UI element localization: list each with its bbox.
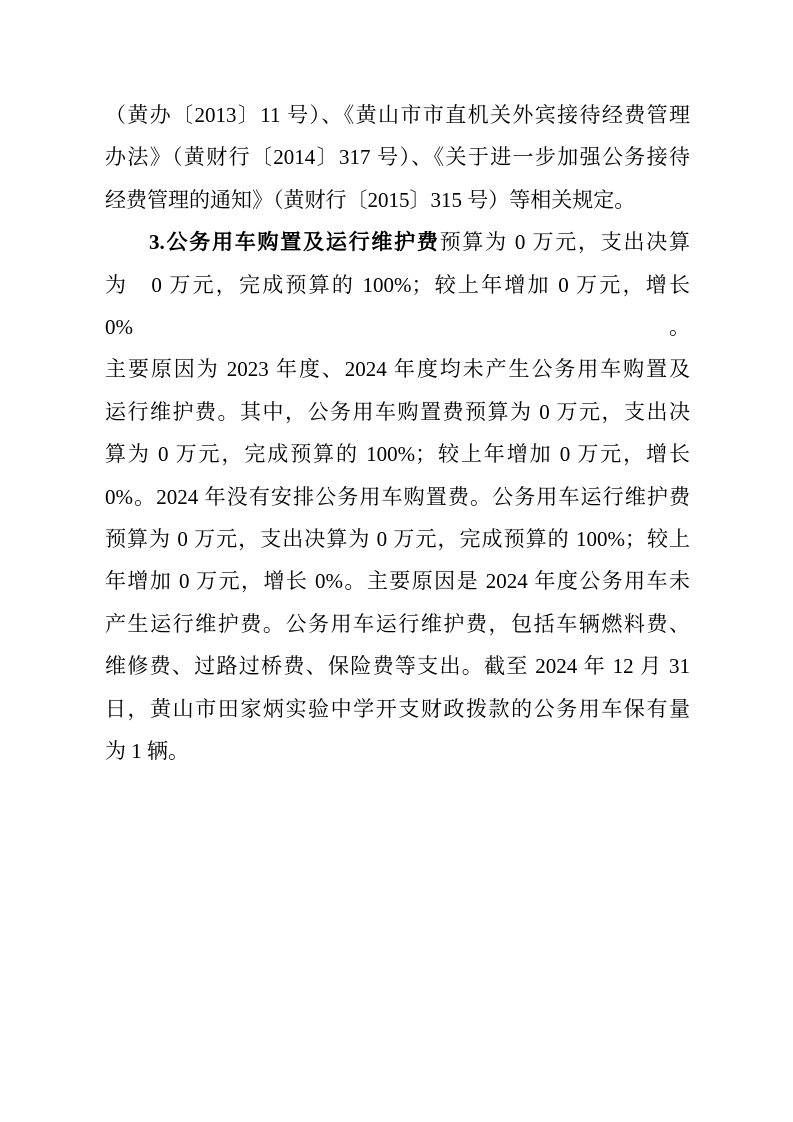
paragraph-2-line-3: 主要原因为 2023 年度、2024 年度均未产生公务用车购置及 (105, 348, 690, 390)
paragraph-1-line-2: 办法》（黄财行〔2014〕317 号）、《关于进一步加强公务接待 (105, 136, 690, 178)
paragraph-2-line-10: 维修费、过路过桥费、保险费等支出。截至 2024 年 12 月 31 (105, 645, 690, 687)
paragraph-2-line-6: 0%。2024 年没有安排公务用车购置费。公务用车运行维护费 (105, 476, 690, 518)
paragraph-2-line-5: 算为 0 万元，完成预算的 100%；较上年增加 0 万元，增长 (105, 433, 690, 475)
paragraph-2-line-7: 预算为 0 万元，支出决算为 0 万元，完成预算的 100%；较上 (105, 518, 690, 560)
paragraph-2-line-11: 日，黄山市田家炳实验中学开支财政拨款的公务用车保有量 (105, 688, 690, 730)
paragraph-2-line-12: 为 1 辆。 (105, 730, 690, 772)
paragraph-2-line-8: 年增加 0 万元，增长 0%。主要原因是 2024 年度公务用车未 (105, 560, 690, 602)
paragraph-1-line-3: 经费管理的通知》（黄财行〔2015〕315 号）等相关规定。 (105, 179, 690, 221)
paragraph-2-line-9: 产生运行维护费。公务用车运行维护费，包括车辆燃料费、 (105, 603, 690, 645)
paragraph-1-line-1: （黄办〔2013〕11 号）、《黄山市市直机关外宾接待经费管理 (105, 94, 690, 136)
document-page: （黄办〔2013〕11 号）、《黄山市市直机关外宾接待经费管理 办法》（黄财行〔… (0, 0, 793, 1122)
page-content: （黄办〔2013〕11 号）、《黄山市市直机关外宾接待经费管理 办法》（黄财行〔… (105, 94, 690, 773)
section-heading: 3.公务用车购置及运行维护费 (149, 230, 440, 254)
paragraph-2-line-1-text: 预算为 0 万元，支出决算 (440, 230, 690, 254)
paragraph-2-line-4: 运行维护费。其中，公务用车购置费预算为 0 万元，支出决 (105, 391, 690, 433)
paragraph-2-line-2: 为 0 万元，完成预算的 100%；较上年增加 0 万元，增长 0%。 (105, 264, 690, 349)
paragraph-2-line-1: 3.公务用车购置及运行维护费预算为 0 万元，支出决算 (105, 221, 690, 263)
